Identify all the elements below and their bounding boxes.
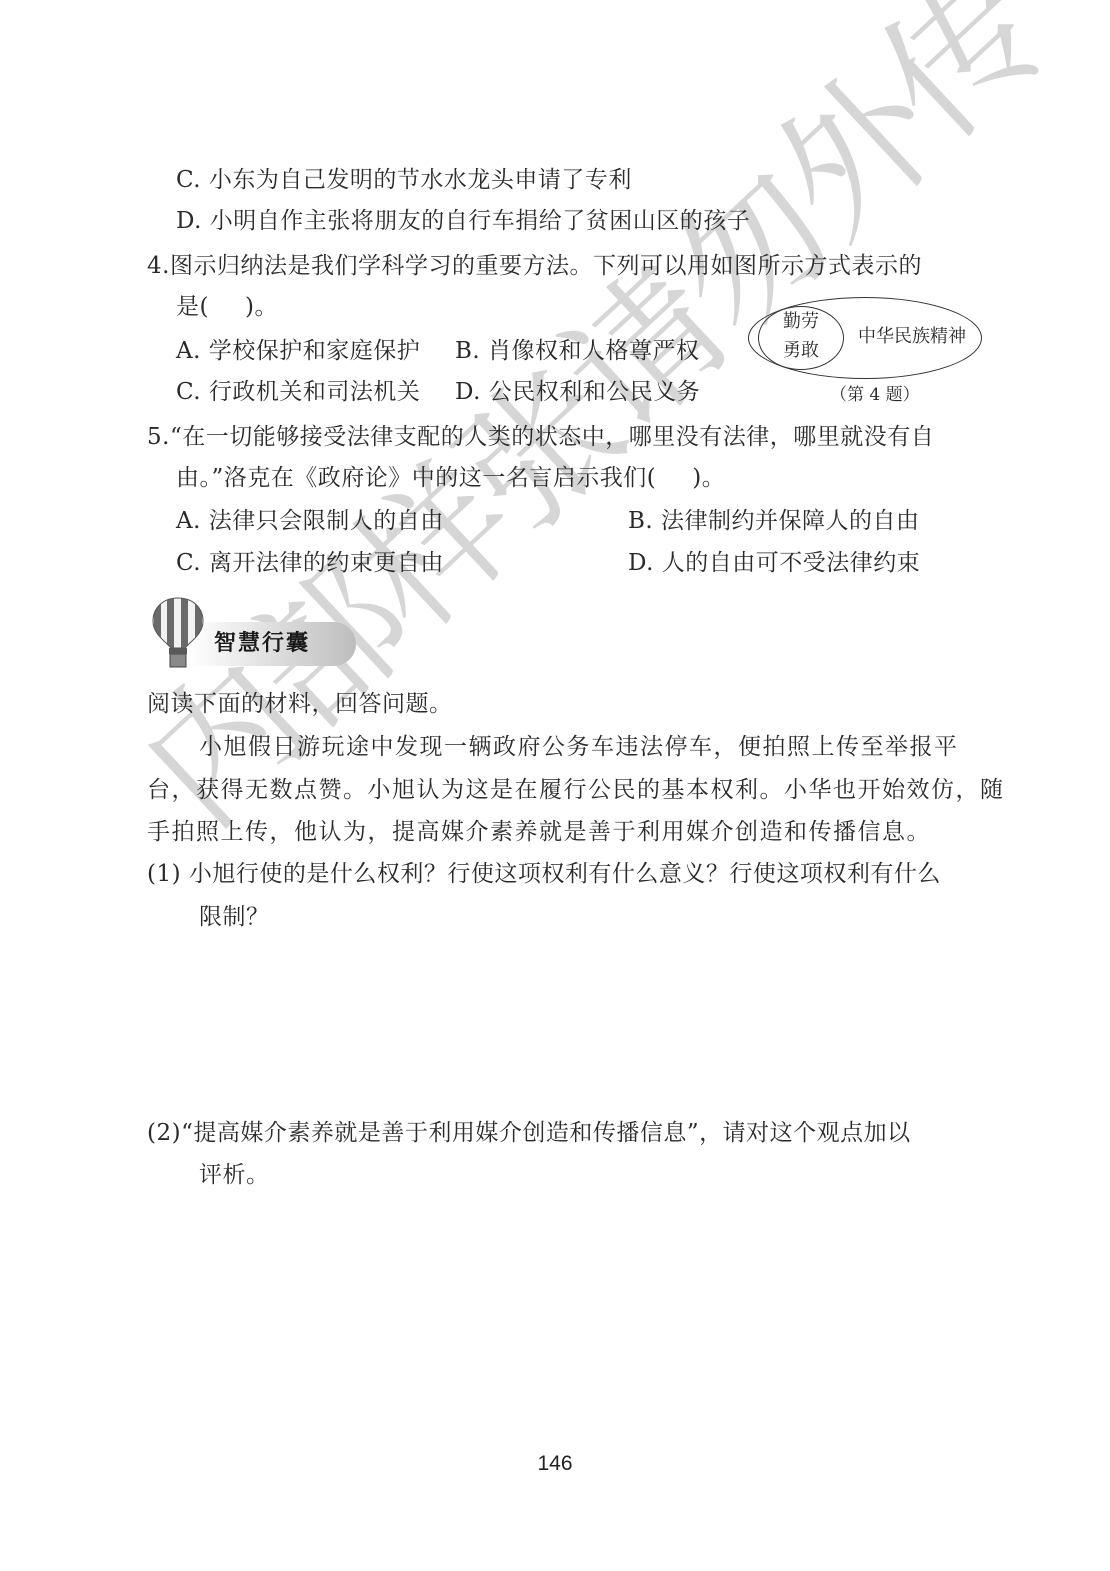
- q4-stem-line1: 4.图示归纳法是我们学科学习的重要方法。下列可以用如图所示方式表示的: [147, 251, 922, 281]
- q4-diagram-caption: （第 4 题）: [830, 382, 920, 408]
- q4-stem-text: 图示归纳法是我们学科学习的重要方法。下列可以用如图所示方式表示的: [170, 253, 922, 279]
- q4-option-c: C. 行政机关和司法机关: [176, 377, 420, 407]
- subquestion-2-line2: 评析。: [199, 1160, 270, 1190]
- textbook-page: 内部样张请勿外传 C. 小东为自己发明的节水水龙头申请了专利 D. 小明自作主张…: [0, 0, 1110, 1571]
- inner-ellipse-label: 勤劳 勇敢: [758, 307, 844, 365]
- page-number: 146: [0, 1452, 1110, 1476]
- q5-option-a: A. 法律只会限制人的自由: [176, 506, 444, 536]
- material-line1: 小旭假日游玩途中发现一辆政府公务车违法停车，便拍照上传至举报平: [199, 732, 959, 762]
- section-title: 智慧行囊: [214, 626, 310, 662]
- hot-air-balloon-icon: [150, 596, 206, 670]
- q4-stem-post: )。: [245, 294, 278, 320]
- q5-stem-line1: 5.“在一切能够接受法律支配的人类的状态中，哪里没有法律，哪里就没有自: [147, 422, 934, 452]
- subquestion-2-answer-area[interactable]: [147, 1200, 982, 1420]
- q4-stem-line2: 是()。: [176, 292, 278, 322]
- q5-stem-post: )。: [692, 465, 725, 491]
- section-instruction: 阅读下面的材料，回答问题。: [147, 689, 453, 719]
- q5-number: 5.: [147, 422, 170, 452]
- q4-diagram: 勤劳 勇敢 中华民族精神: [748, 297, 982, 379]
- q5-option-c: C. 离开法律的约束更自由: [176, 548, 444, 578]
- q4-stem-pre: 是(: [176, 294, 209, 320]
- subquestion-2-text: “提高媒介素养就是善于利用媒介创造和传播信息”，请对这个观点加以: [181, 1120, 911, 1146]
- subquestion-2-number: (2): [147, 1120, 181, 1146]
- q5-option-b: B. 法律制约并保障人的自由: [628, 506, 920, 536]
- q4-option-b: B. 肖像权和人格尊严权: [455, 336, 700, 366]
- q4-option-a: A. 学校保护和家庭保护: [176, 336, 420, 366]
- q3-option-c: C. 小东为自己发明的节水水龙头申请了专利: [176, 165, 632, 195]
- inner-label-line2: 勇敢: [758, 336, 844, 365]
- section-header: 智慧行囊: [150, 596, 360, 670]
- q5-stem-text: “在一切能够接受法律支配的人类的状态中，哪里没有法律，哪里就没有自: [170, 424, 934, 450]
- q5-stem-pre: 由。”洛克在《政府论》中的这一名言启示我们(: [176, 465, 656, 491]
- q5-stem-line2: 由。”洛克在《政府论》中的这一名言启示我们()。: [176, 463, 725, 493]
- subquestion-2-line1: (2)“提高媒介素养就是善于利用媒介创造和传播信息”，请对这个观点加以: [147, 1118, 911, 1148]
- inner-label-line1: 勤劳: [758, 307, 844, 336]
- q3-option-d: D. 小明自作主张将朋友的自行车捐给了贫困山区的孩子: [176, 206, 750, 236]
- subquestion-1-line2: 限制？: [199, 902, 270, 932]
- material-line3: 手拍照上传，他认为，提高媒介素养就是善于利用媒介创造和传播信息。: [147, 817, 931, 847]
- q4-option-d: D. 公民权利和公民义务: [455, 377, 700, 407]
- subquestion-1-line1: (1) 小旭行使的是什么权利？行使这项权利有什么意义？行使这项权利有什么: [147, 859, 941, 889]
- subquestion-1-number: (1): [147, 861, 181, 887]
- material-line2: 台，获得无数点赞。小旭认为这是在履行公民的基本权利。小华也开始效仿，随: [147, 775, 1005, 805]
- q5-option-d: D. 人的自由可不受法律约束: [628, 548, 920, 578]
- subquestion-1-text: 小旭行使的是什么权利？行使这项权利有什么意义？行使这项权利有什么: [189, 861, 941, 887]
- q4-number: 4.: [147, 251, 170, 281]
- subquestion-1-answer-area[interactable]: [147, 945, 982, 1095]
- outer-ellipse-label: 中华民族精神: [858, 323, 966, 351]
